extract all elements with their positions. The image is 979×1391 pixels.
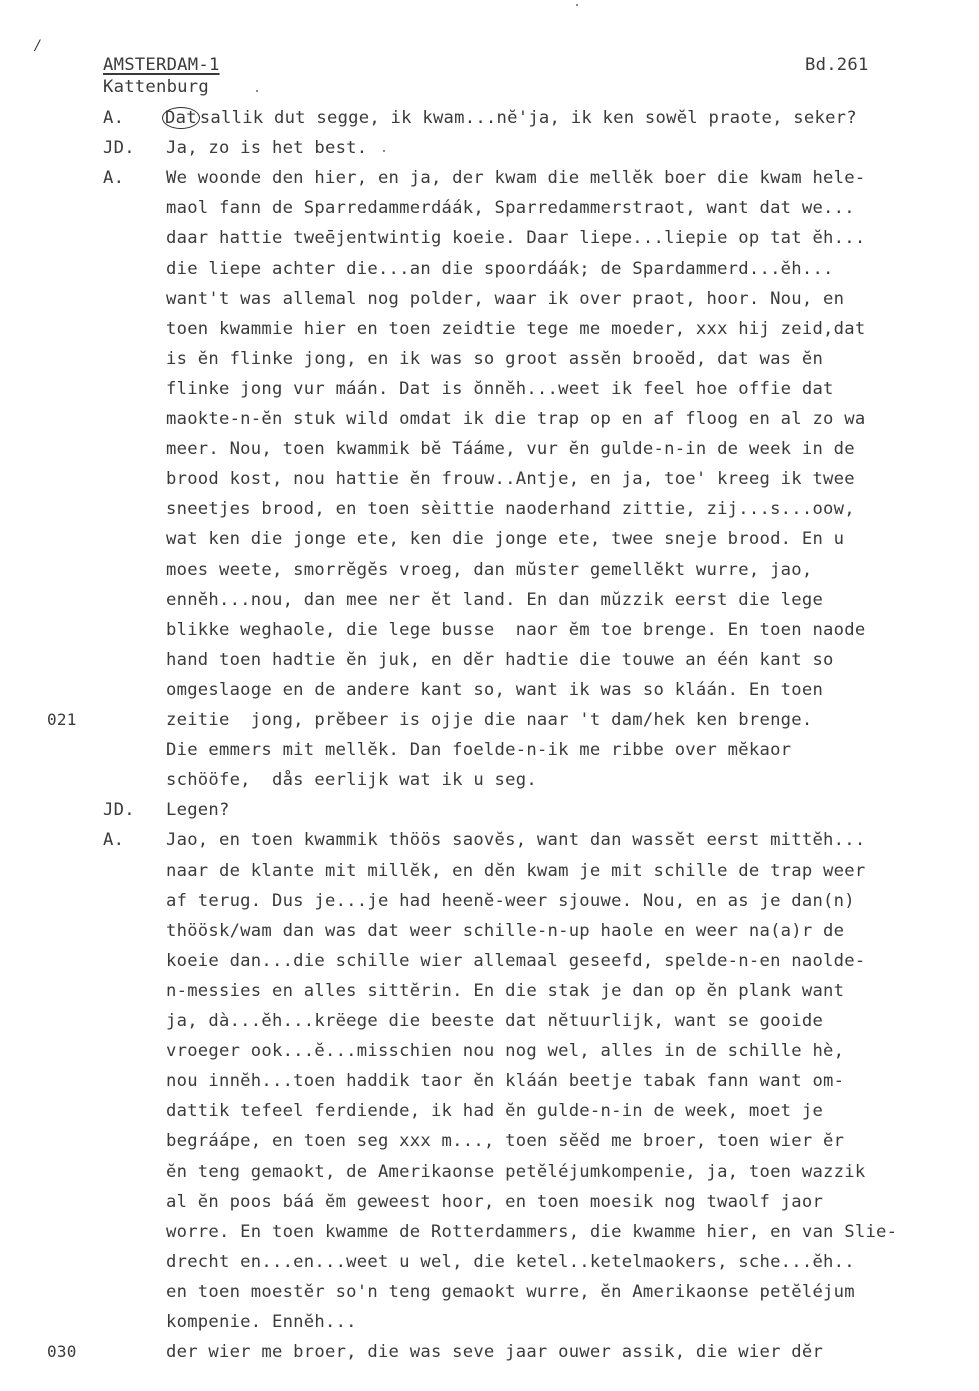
speck bbox=[383, 150, 385, 152]
transcript-line: n-messies en alles sittĕrin. En die stak… bbox=[166, 981, 844, 1001]
transcript-line: omgeslaoge en de andere kant so, want ik… bbox=[166, 680, 823, 700]
transcript-line: is ĕn flinke jong, en ik was so groot as… bbox=[166, 349, 823, 369]
transcript-line: We woonde den hier, en ja, der kwam die … bbox=[166, 168, 865, 188]
transcript-line: moes weete, smorrĕgĕs vroeg, dan mŭster … bbox=[166, 560, 812, 580]
transcript-line: toen kwammie hier en toen zeidtie tege m… bbox=[166, 319, 865, 339]
transcript-line: brood kost, nou hattie ĕn frouw..Antje, … bbox=[166, 469, 855, 489]
transcript-line: hand toen hadtie ĕn juk, en dĕr hadtie d… bbox=[166, 650, 834, 670]
transcript-line: koeie dan...die schille wier allemaal ge… bbox=[166, 951, 865, 971]
transcript-line: zeitie jong, prĕbeer is ojje die naar 't… bbox=[166, 710, 812, 730]
transcript-line: die liepe achter die...an die spoordáák;… bbox=[166, 259, 834, 279]
transcript-line: af terug. Dus je...je had heenĕ-weer sjo… bbox=[166, 891, 855, 911]
speaker-label: A. bbox=[103, 830, 124, 850]
volume-number: Bd.261 bbox=[805, 55, 869, 75]
transcript-line: ja, dà...ĕh...krëege die beeste dat nĕtu… bbox=[166, 1011, 823, 1031]
transcript-line: dattik tefeel ferdiende, ik had ĕn gulde… bbox=[166, 1101, 823, 1121]
transcript-line: flinke jong vur máán. Dat is ŏnnĕh...wee… bbox=[166, 379, 834, 399]
speck bbox=[256, 90, 258, 92]
speaker-label: A. bbox=[103, 108, 124, 128]
transcript-line: Die emmers mit mellĕk. Dan foelde-n-ik m… bbox=[166, 740, 791, 760]
stray-pen-mark: / bbox=[35, 38, 40, 54]
speaker-label: JD. bbox=[103, 800, 135, 820]
transcript-line: wat ken die jonge ete, ken die jonge ete… bbox=[166, 529, 844, 549]
transcript-line: daar hattie tweējentwintig koeie. Daar l… bbox=[166, 228, 865, 248]
transcript-line: blikke weghaole, die lege busse naor ĕm … bbox=[166, 620, 865, 640]
sub-location: Kattenburg bbox=[103, 77, 209, 97]
transcript-line: al ĕn poos báá ĕm geweest hoor, en toen … bbox=[166, 1192, 823, 1212]
transcript-line: want't was allemal nog polder, waar ik o… bbox=[166, 289, 844, 309]
circled-word: Dat bbox=[162, 107, 200, 129]
transcript-line: ennĕh...nou, dan mee ner ĕt land. En dan… bbox=[166, 590, 823, 610]
transcript-line: begráápe, en toen seg xxx m..., toen sĕĕ… bbox=[166, 1131, 844, 1151]
transcript-line: nou innĕh...toen haddik taor ĕn kláán be… bbox=[166, 1071, 844, 1091]
tape-counter-mark: 030 bbox=[47, 1342, 77, 1362]
transcript-line: maol fann de Sparredammerdáák, Sparredam… bbox=[166, 198, 855, 218]
transcript-line: meer. Nou, toen kwammik bĕ Tááme, vur ĕn… bbox=[166, 439, 855, 459]
transcript-line: worre. En toen kwamme de Rotterdammers, … bbox=[166, 1222, 897, 1242]
transcript-line: schööfe, dås eerlijk wat ik u seg. bbox=[166, 770, 537, 790]
transcript-line: vroeger ook...ĕ...misschien nou nog wel,… bbox=[166, 1041, 844, 1061]
transcript-line: ĕn teng gemaokt, de Amerikaonse petĕléju… bbox=[166, 1162, 865, 1182]
transcript-line: Legen? bbox=[166, 800, 230, 820]
transcript-line: Jao, en toen kwammik thöös saovĕs, want … bbox=[166, 830, 865, 850]
speaker-label: A. bbox=[103, 168, 124, 188]
transcript-line: sneetjes brood, en toen sèittie naoderha… bbox=[166, 499, 855, 519]
speaker-label: JD. bbox=[103, 138, 135, 158]
transcript-line: thöösk/wam dan was dat weer schille-n-up… bbox=[166, 921, 844, 941]
transcript-line: kompenie. Ennĕh... bbox=[166, 1312, 357, 1332]
transcript-line: drecht en...en...weet u wel, die ketel..… bbox=[166, 1252, 855, 1272]
transcript-line: naar de klante mit millĕk, en dĕn kwam j… bbox=[166, 861, 865, 881]
transcript-line: Ja, zo is het best. bbox=[166, 138, 367, 158]
speck bbox=[576, 4, 578, 6]
tape-counter-mark: 021 bbox=[47, 710, 77, 730]
transcript-line: maokte-n-ĕn stuk wild omdat ik die trap … bbox=[166, 409, 865, 429]
transcript-line: en toen moestĕr so'n teng gemaokt wurre,… bbox=[166, 1282, 855, 1302]
transcript-line: Datsallik dut segge, ik kwam...nĕ'ja, ik… bbox=[166, 108, 857, 128]
location-heading: AMSTERDAM-1 bbox=[103, 55, 220, 75]
transcript-line: der wier me broer, die was seve jaar ouw… bbox=[166, 1342, 823, 1362]
